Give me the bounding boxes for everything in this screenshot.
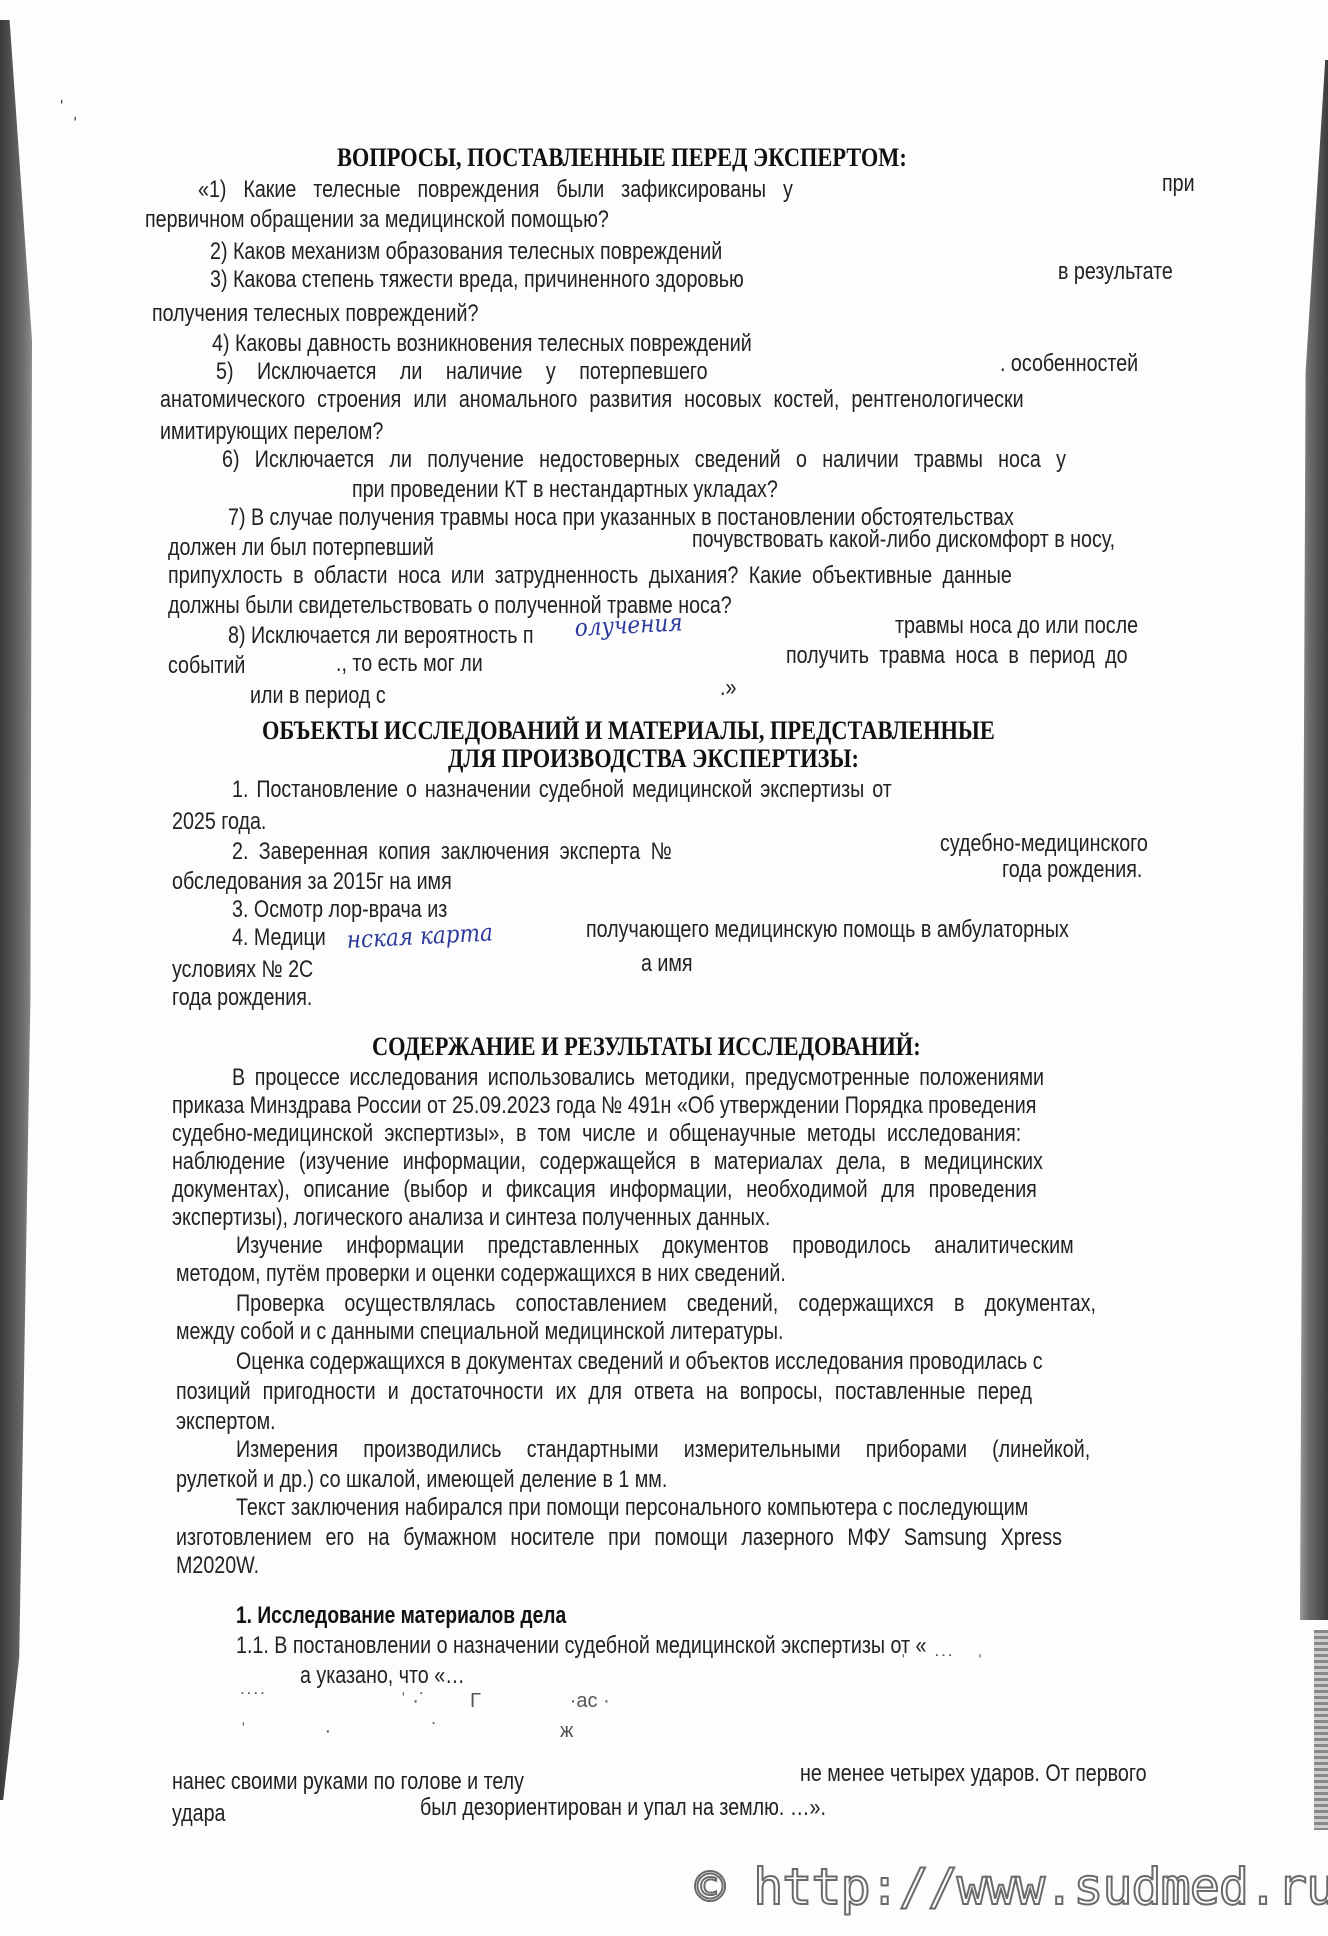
- case-materials-subtitle: 1. Исследование материалов дела: [236, 1602, 566, 1630]
- question-line: событий: [168, 652, 245, 680]
- results-line: экспертом.: [176, 1408, 276, 1436]
- scan-edge-right: [1300, 60, 1328, 1620]
- redaction-remnant: ˙˙˙˙ ˈ ·˙ Г ·ас ·: [240, 1690, 610, 1713]
- case-line: не менее четырех ударов. От первого: [800, 1760, 1147, 1788]
- results-line: Оценка содержащихся в документах сведени…: [236, 1348, 1043, 1376]
- material-item: судебно-медицинского: [940, 830, 1148, 858]
- results-line: Текст заключения набирался при помощи пе…: [236, 1494, 1028, 1522]
- scan-edge-left: [0, 20, 32, 1800]
- results-line: между собой и с данными специальной меди…: [176, 1318, 783, 1346]
- question-line: травмы носа до или после: [895, 612, 1138, 640]
- questions-heading: ВОПРОСЫ, ПОСТАВЛЕННЫЕ ПЕРЕД ЭКСПЕРТОМ:: [337, 143, 907, 173]
- question-line: 8) Исключается ли вероятность п: [228, 622, 534, 650]
- case-line: нанес своими руками по голове и телу: [172, 1768, 524, 1796]
- results-line: Изучение информации представленных докум…: [236, 1232, 1074, 1260]
- redaction-remnant: ˈ · ˙ ж: [240, 1720, 573, 1743]
- question-line: . особенностей: [1000, 350, 1138, 378]
- material-item: 4. Медици: [232, 924, 326, 952]
- question-line: 3) Какова степень тяжести вреда, причине…: [210, 266, 744, 294]
- question-line: получения телесных повреждений?: [152, 300, 478, 328]
- results-line: M2020W.: [176, 1552, 259, 1580]
- results-line: В процессе исследования использовались м…: [232, 1064, 1044, 1092]
- case-line: 1.1. В постановлении о назначении судебн…: [236, 1632, 926, 1660]
- question-line: при: [1162, 170, 1195, 198]
- material-item: обследования за 2015г на имя: [172, 868, 452, 896]
- material-item: 3. Осмотр лор-врача из: [232, 896, 447, 924]
- results-line: методом, путём проверки и оценки содержа…: [176, 1260, 786, 1288]
- question-line: или в период с: [250, 682, 386, 710]
- scan-edge-right-lower: [1314, 1630, 1328, 1830]
- material-item: 1. Постановление о назначении судебной м…: [232, 776, 892, 804]
- results-line: изготовлением его на бумажном носителе п…: [176, 1524, 1062, 1552]
- question-line: припухлость в области носа или затруднен…: [168, 562, 1012, 590]
- results-line: судебно-медицинской экспертизы», в том ч…: [172, 1120, 1021, 1148]
- question-line: 6) Исключается ли получение недостоверны…: [222, 446, 1066, 474]
- results-line: экспертизы), логического анализа и синте…: [172, 1204, 770, 1232]
- results-line: документах), описание (выбор и фиксация …: [172, 1176, 1037, 1204]
- material-item: а имя: [641, 950, 693, 978]
- results-line: рулеткой и др.) со шкалой, имеющей делен…: [176, 1466, 667, 1494]
- question-line: «1) Какие телесные повреждения были зафи…: [198, 176, 793, 204]
- materials-heading-line2: ДЛЯ ПРОИЗВОДСТВА ЭКСПЕРТИЗЫ:: [448, 744, 859, 774]
- question-line: 2) Каков механизм образования телесных п…: [210, 238, 722, 266]
- question-line: ., то есть мог ли: [336, 650, 483, 678]
- question-line: в результате: [1058, 258, 1173, 286]
- materials-heading-line1: ОБЪЕКТЫ ИССЛЕДОВАНИЙ И МАТЕРИАЛЫ, ПРЕДСТ…: [262, 716, 995, 746]
- question-line: .»: [720, 674, 736, 702]
- watermark: © http://www.sudmed.ru: [695, 1858, 1328, 1916]
- material-item: 2. Заверенная копия заключения эксперта …: [232, 838, 672, 866]
- question-line: получить травма носа в период до: [786, 642, 1128, 670]
- case-line: удара: [172, 1800, 226, 1828]
- handwritten-correction: олучения: [574, 608, 683, 642]
- material-item: года рождения.: [1002, 856, 1142, 884]
- question-line: 5) Исключается ли наличие у потерпевшего: [216, 358, 708, 386]
- question-line: при проведении КТ в нестандартных уклада…: [352, 476, 778, 504]
- question-line: анатомического строения или аномального …: [160, 386, 1024, 414]
- results-heading: СОДЕРЖАНИЕ И РЕЗУЛЬТАТЫ ИССЛЕДОВАНИЙ:: [372, 1032, 921, 1062]
- question-line: должен ли был потерпевший: [168, 534, 434, 562]
- case-line: а указано, что «…: [300, 1662, 465, 1690]
- question-line: почувствовать какой-либо дискомфорт в но…: [692, 526, 1115, 554]
- results-line: приказа Минздрава России от 25.09.2023 г…: [172, 1092, 1036, 1120]
- question-line: имитирующих перелом?: [160, 418, 383, 446]
- case-line: был дезориентирован и упал на землю. …».: [420, 1794, 826, 1822]
- redaction-remnant: ˈ ˙˙˙ ˈ: [900, 1652, 983, 1675]
- scan-speck: ˈ ˌ: [58, 96, 79, 122]
- results-line: Измерения производились стандартными изм…: [236, 1436, 1090, 1464]
- material-item: 2025 года.: [172, 808, 266, 836]
- results-line: наблюдение (изучение информации, содержа…: [172, 1148, 1043, 1176]
- scanned-page: ˈ ˌ ВОПРОСЫ, ПОСТАВЛЕННЫЕ ПЕРЕД ЭКСПЕРТО…: [0, 0, 1328, 1936]
- material-item: года рождения.: [172, 984, 312, 1012]
- material-item: условиях № 2С: [172, 956, 313, 984]
- results-line: позиций пригодности и достаточности их д…: [176, 1378, 1032, 1406]
- material-item: получающего медицинскую помощь в амбулат…: [586, 916, 1069, 944]
- results-line: Проверка осуществлялась сопоставлением с…: [236, 1290, 1096, 1318]
- question-line: 4) Каковы давность возникновения телесны…: [212, 330, 752, 358]
- question-line: первичном обращении за медицинской помощ…: [145, 206, 609, 234]
